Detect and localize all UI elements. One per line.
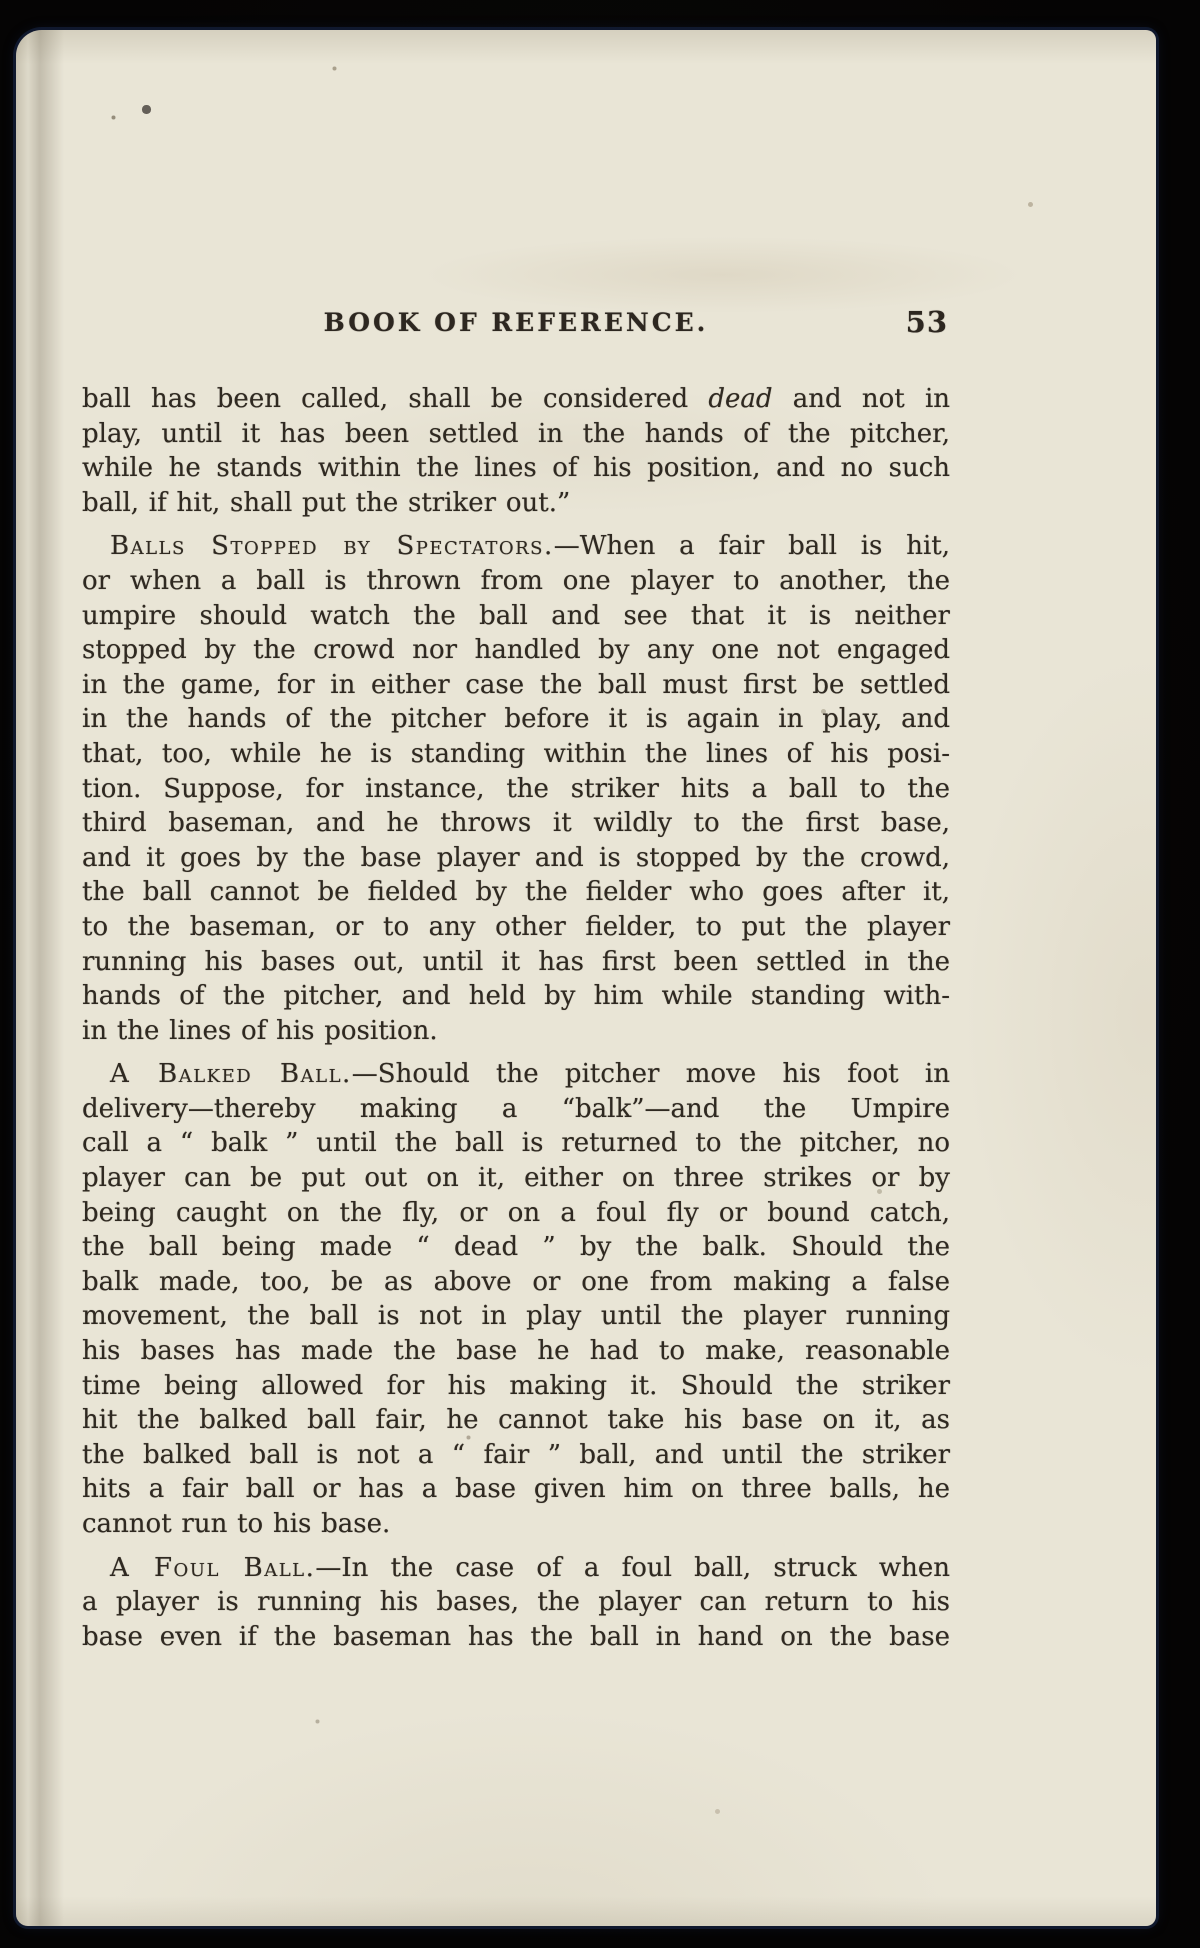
text-line: being caught on the fly, or on a foul fl… bbox=[82, 1196, 950, 1231]
text-line: the ball cannot be fielded by the fielde… bbox=[82, 875, 950, 910]
text-line: to the baseman, or to any other fielder,… bbox=[82, 910, 950, 945]
text-line: while he stands within the lines of his … bbox=[82, 451, 950, 486]
text-line: ball, if hit, shall put the striker out.… bbox=[82, 486, 950, 521]
paragraph-continuation-dead-ball: ball has been called, shall be considere… bbox=[82, 382, 950, 520]
text-line: A Balked Ball.—Should the pitcher move h… bbox=[82, 1057, 950, 1092]
text-line: tion. Suppose, for instance, the striker… bbox=[82, 772, 950, 807]
text-line: hit the balked ball fair, he cannot take… bbox=[82, 1403, 950, 1438]
text-line: base even if the baseman has the ball in… bbox=[82, 1620, 950, 1655]
italic-word: dead bbox=[708, 384, 772, 414]
text-line: a player is running his bases, the playe… bbox=[82, 1585, 950, 1620]
running-header: BOOK OF REFERENCE. 53 bbox=[82, 308, 950, 348]
text-line: delivery—thereby making a “balk”—and the… bbox=[82, 1092, 950, 1127]
text-line: movement, the ball is not in play until … bbox=[82, 1299, 950, 1334]
text-line: third baseman, and he throws it wildly t… bbox=[82, 806, 950, 841]
text-line: A Foul Ball.—In the case of a foul ball,… bbox=[82, 1551, 950, 1586]
text-line: cannot run to his base. bbox=[82, 1507, 950, 1542]
section-heading: A Foul Ball. bbox=[110, 1553, 315, 1583]
text-line: or when a ball is thrown from one player… bbox=[82, 564, 950, 599]
text-line: player can be put out on it, either on t… bbox=[82, 1161, 950, 1196]
text-line: in the hands of the pitcher before it is… bbox=[82, 702, 950, 737]
text-line: his bases has made the base he had to ma… bbox=[82, 1334, 950, 1369]
text-line: running his bases out, until it has firs… bbox=[82, 945, 950, 980]
text-line: call a “ balk ” until the ball is return… bbox=[82, 1126, 950, 1161]
text-line: the balked ball is not a “ fair ” ball, … bbox=[82, 1438, 950, 1473]
text-line: hands of the pitcher, and held by him wh… bbox=[82, 979, 950, 1014]
text-line: ball has been called, shall be considere… bbox=[82, 382, 950, 417]
text-line: play, until it has been settled in the h… bbox=[82, 417, 950, 452]
text-line: time being allowed for his making it. Sh… bbox=[82, 1369, 950, 1404]
text-line: balk made, too, be as above or one from … bbox=[82, 1265, 950, 1300]
page-title: BOOK OF REFERENCE. bbox=[82, 308, 950, 337]
page-number: 53 bbox=[906, 305, 948, 339]
text-line: stopped by the crowd nor handled by any … bbox=[82, 633, 950, 668]
body-text: ball has been called, shall be considere… bbox=[82, 382, 950, 1654]
paragraph-a-balked-ball: A Balked Ball.—Should the pitcher move h… bbox=[82, 1057, 950, 1541]
text-line: hits a fair ball or has a base given him… bbox=[82, 1472, 950, 1507]
scanned-book-screenshot: { "document": { "header": { "title": "BO… bbox=[0, 0, 1200, 1948]
text-line: that, too, while he is standing within t… bbox=[82, 737, 950, 772]
section-heading: Balls Stopped by Spectators. bbox=[110, 531, 554, 561]
paragraph-a-foul-ball: A Foul Ball.—In the case of a foul ball,… bbox=[82, 1551, 950, 1655]
text-line: umpire should watch the ball and see tha… bbox=[82, 599, 950, 634]
paragraph-balls-stopped-by-spectators: Balls Stopped by Spectators.—When a fair… bbox=[82, 529, 950, 1048]
book-page: BOOK OF REFERENCE. 53 ball has been call… bbox=[16, 30, 1156, 1926]
text-line: the ball being made “ dead ” by the balk… bbox=[82, 1230, 950, 1265]
text-line: in the game, for in either case the ball… bbox=[82, 668, 950, 703]
section-heading: A Balked Ball. bbox=[110, 1059, 352, 1089]
text-line: and it goes by the base player and is st… bbox=[82, 841, 950, 876]
text-line: Balls Stopped by Spectators.—When a fair… bbox=[82, 529, 950, 564]
text-line: in the lines of his position. bbox=[82, 1014, 950, 1049]
